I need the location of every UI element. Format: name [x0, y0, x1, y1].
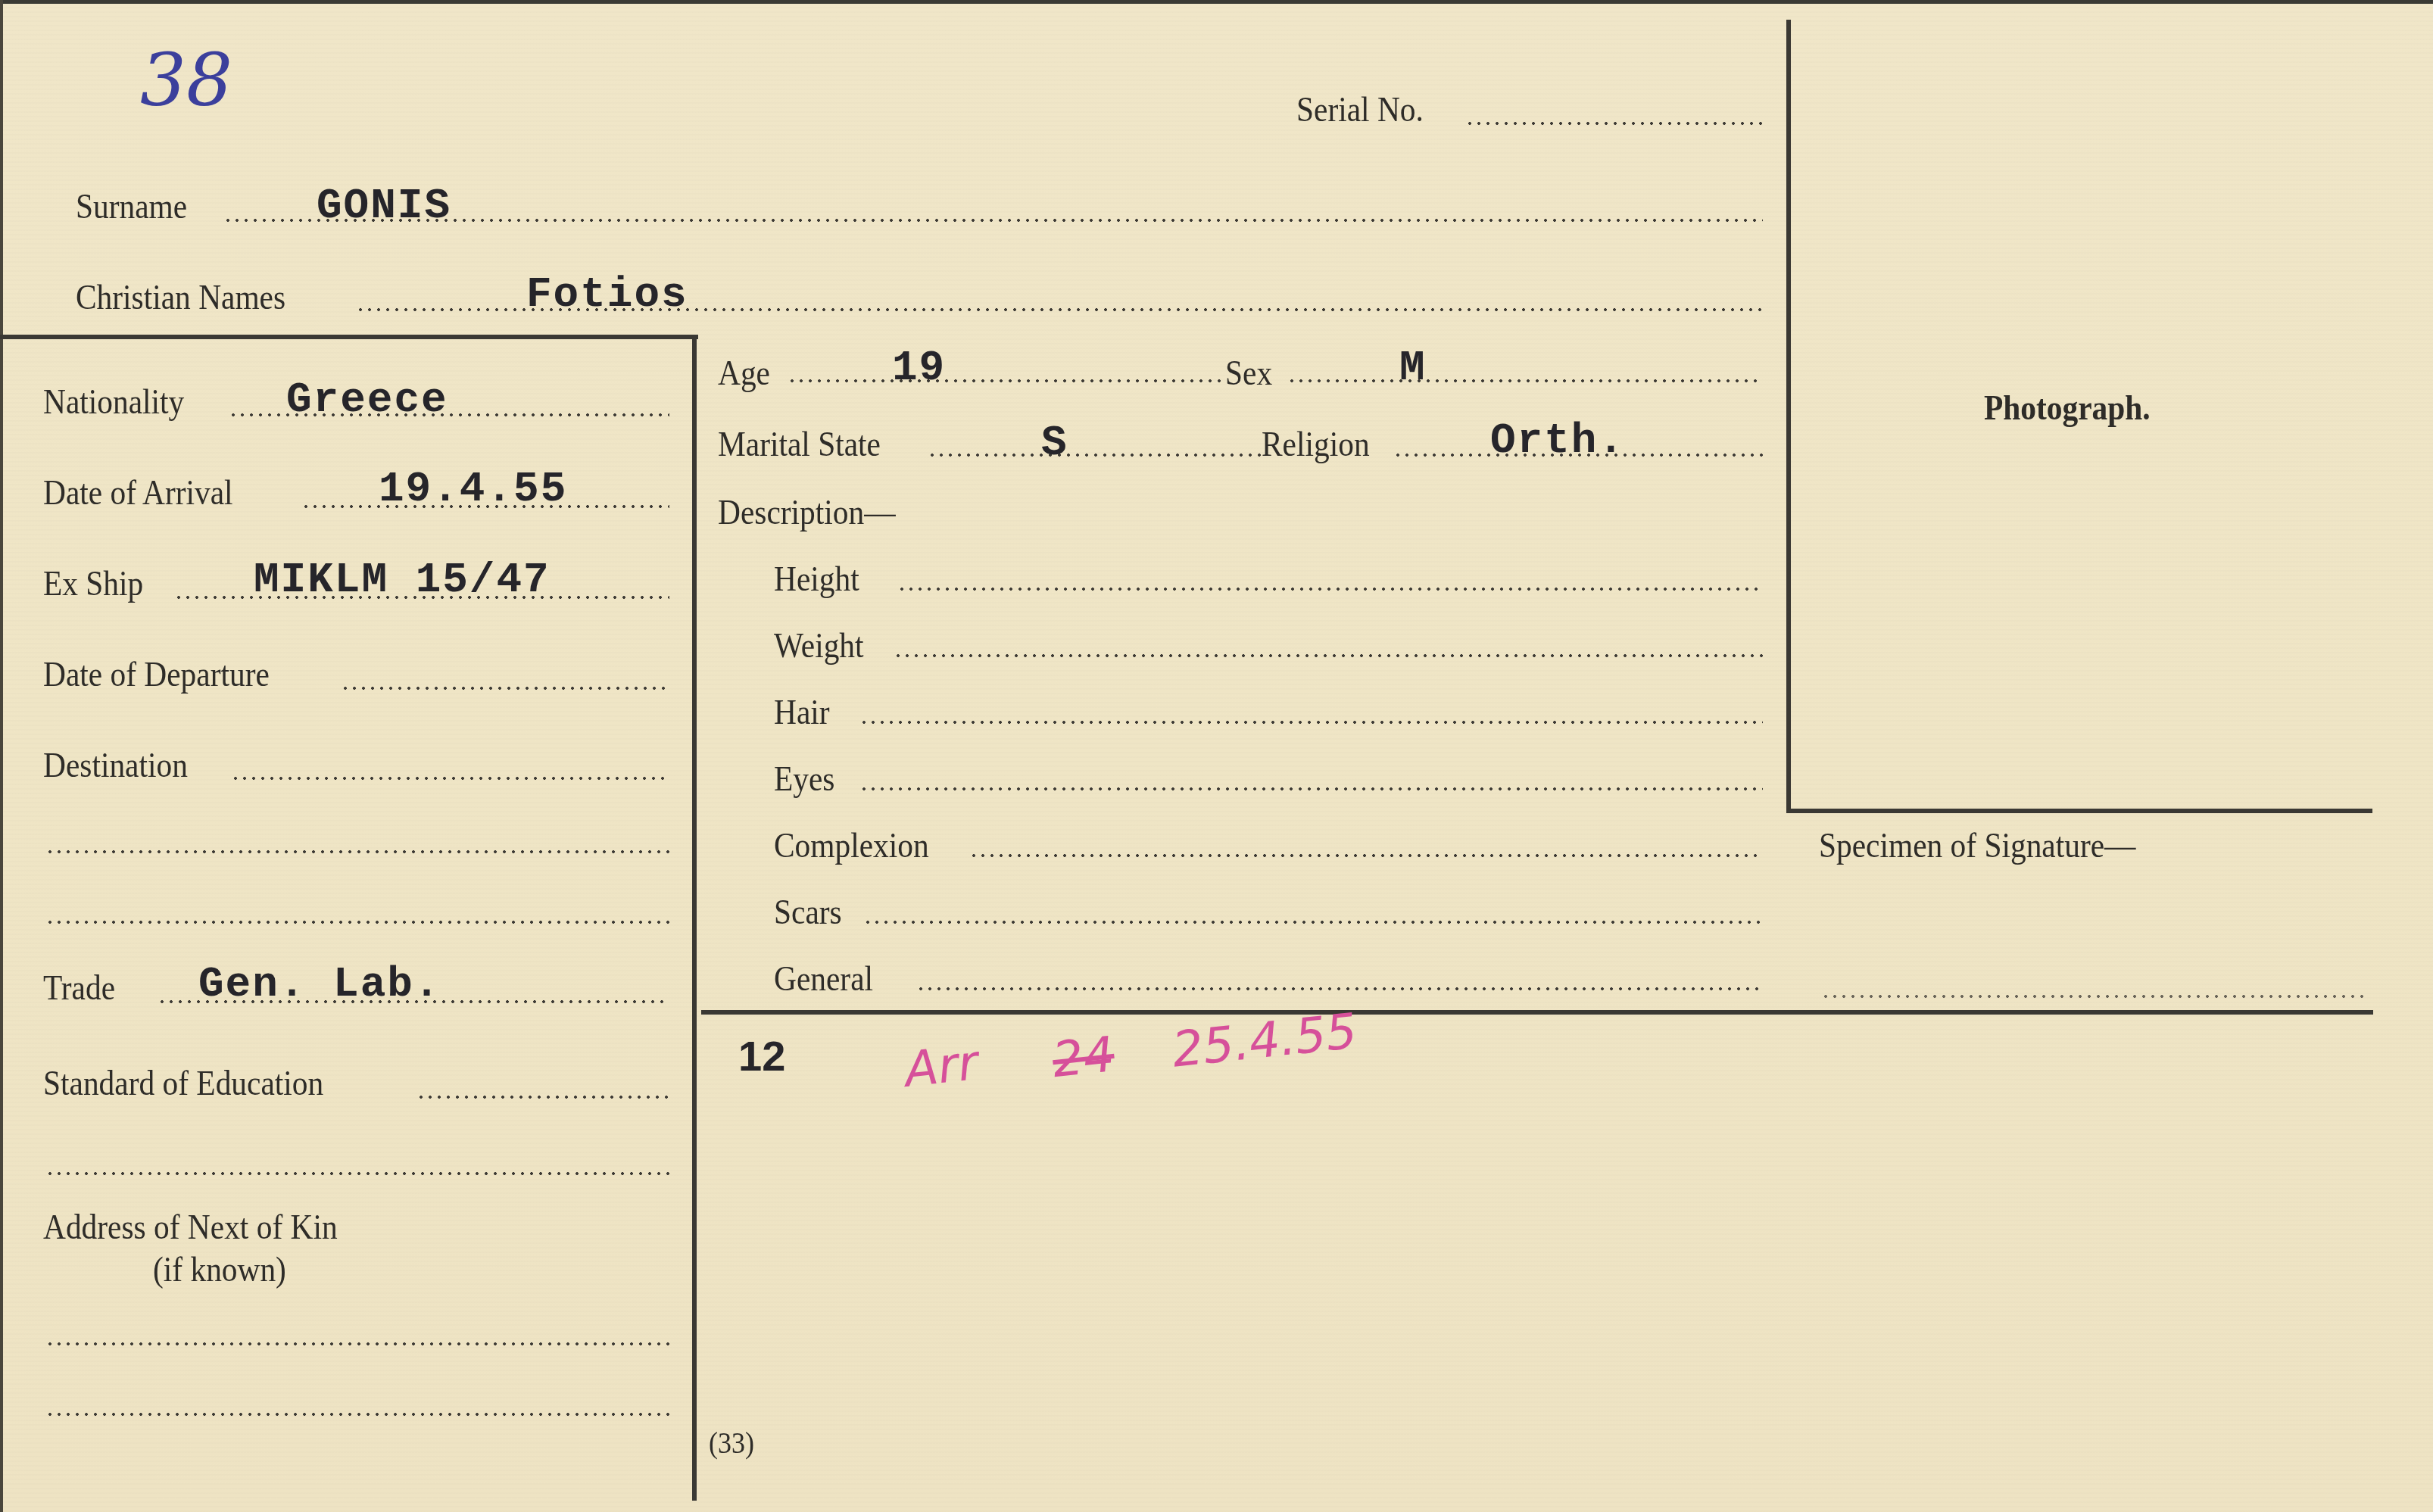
annotation-struck-value: 24	[1050, 1027, 1117, 1089]
next-of-kin-field-line-2[interactable]	[45, 1412, 669, 1417]
serial-no-label: Serial No.	[1296, 89, 1424, 129]
height-label: Height	[774, 559, 859, 599]
eyes-label: Eyes	[774, 759, 834, 799]
religion-value: Orth.	[1490, 416, 1625, 465]
description-heading: Description—	[718, 492, 896, 532]
ex-ship-value: MIKLM 15/47	[254, 556, 551, 604]
signature-label: Specimen of Signature—	[1819, 825, 2136, 865]
typed-number: 12	[738, 1031, 785, 1080]
age-label: Age	[718, 353, 770, 393]
destination-field-line-2[interactable]	[45, 850, 669, 854]
scars-field[interactable]	[863, 920, 1763, 924]
religion-label: Religion	[1262, 424, 1370, 464]
photo-box-left-border	[1786, 20, 1791, 812]
date-of-arrival-label: Date of Arrival	[43, 472, 233, 513]
weight-field[interactable]	[894, 653, 1763, 658]
trade-value: Gen. Lab.	[198, 960, 441, 1009]
header-divider	[0, 335, 698, 339]
date-of-arrival-value: 19.4.55	[379, 465, 567, 513]
sex-label: Sex	[1225, 353, 1272, 393]
surname-value: GONIS	[317, 182, 451, 230]
destination-label: Destination	[43, 745, 188, 785]
sex-field[interactable]	[1287, 379, 1763, 383]
christian-names-value: Fotios	[526, 270, 688, 319]
surname-label: Surname	[76, 186, 187, 226]
general-label: General	[774, 959, 873, 999]
next-of-kin-sublabel: (if known)	[153, 1249, 286, 1289]
standard-of-education-label: Standard of Education	[43, 1063, 323, 1103]
complexion-field[interactable]	[969, 853, 1763, 858]
scars-label: Scars	[774, 892, 842, 932]
standard-of-education-field-line-2[interactable]	[45, 1171, 669, 1176]
marital-state-field[interactable]	[928, 453, 1261, 457]
photograph-box	[1792, 23, 2372, 809]
notes-divider	[701, 1010, 2373, 1015]
index-number: 38	[140, 38, 232, 123]
card-top-edge	[0, 0, 2433, 4]
next-of-kin-label: Address of Next of Kin	[43, 1207, 338, 1247]
card-left-edge	[0, 0, 3, 1512]
standard-of-education-field[interactable]	[416, 1095, 669, 1099]
destination-field[interactable]	[231, 776, 669, 781]
photo-box-bottom-border	[1786, 809, 2372, 813]
age-value: 19	[892, 344, 946, 392]
marital-state-value: S	[1041, 419, 1068, 467]
left-column-divider	[692, 335, 697, 1501]
nationality-label: Nationality	[43, 382, 184, 422]
registration-card: 38 Serial No. Surname GONIS Christian Na…	[0, 0, 2433, 1512]
general-field[interactable]	[916, 987, 1763, 991]
eyes-field[interactable]	[859, 787, 1763, 791]
date-of-departure-label: Date of Departure	[43, 654, 270, 694]
ex-ship-label: Ex Ship	[43, 563, 143, 603]
christian-names-label: Christian Names	[76, 277, 285, 317]
trade-label: Trade	[43, 968, 115, 1008]
annotation-date: 25.4.55	[1170, 1003, 1360, 1078]
height-field[interactable]	[897, 587, 1763, 591]
hair-field[interactable]	[859, 720, 1763, 725]
serial-no-field[interactable]	[1465, 121, 1763, 126]
weight-label: Weight	[774, 625, 864, 666]
age-field[interactable]	[788, 379, 1223, 383]
date-of-departure-field[interactable]	[341, 686, 669, 691]
complexion-label: Complexion	[774, 825, 929, 865]
signature-field[interactable]	[1821, 994, 2366, 999]
sex-value: M	[1399, 344, 1427, 392]
destination-field-line-3[interactable]	[45, 920, 669, 924]
nationality-value: Greece	[286, 376, 448, 424]
form-number: (33)	[709, 1425, 754, 1461]
marital-state-label: Marital State	[718, 424, 881, 464]
surname-field[interactable]	[223, 218, 1763, 223]
hair-label: Hair	[774, 692, 830, 732]
next-of-kin-field[interactable]	[45, 1342, 669, 1346]
annotation-prefix: Arr	[902, 1035, 981, 1099]
